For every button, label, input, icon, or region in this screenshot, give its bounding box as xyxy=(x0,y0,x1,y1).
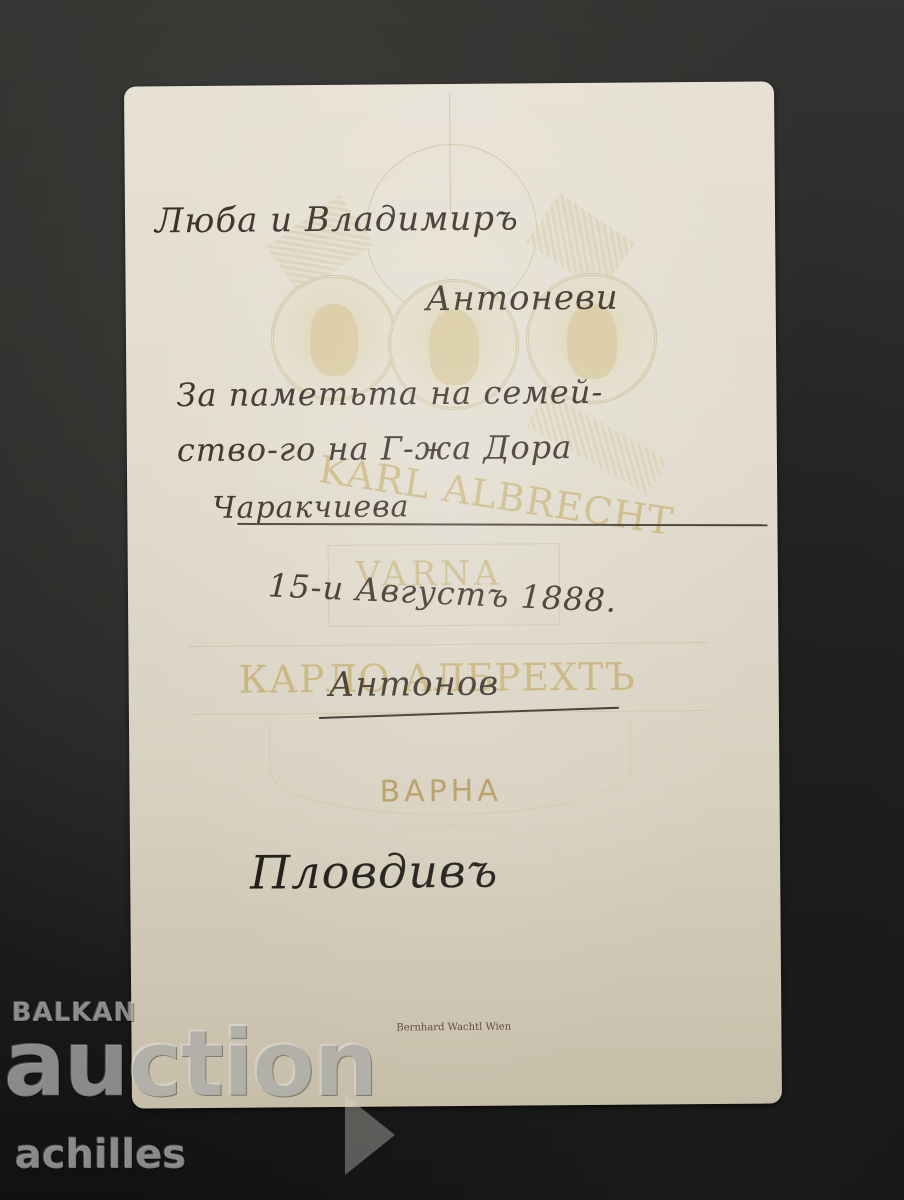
portrait-face xyxy=(566,303,617,378)
medal-portrait-left xyxy=(270,274,397,401)
photo-card-back: KARL ALBRECHT VARNA КАРЛО АЛБРЕХТЪ ВАРНА… xyxy=(124,81,782,1108)
medal-portrait-center xyxy=(388,278,520,410)
city-frame xyxy=(328,543,561,627)
handwriting-line-1: Люба и Владимиръ xyxy=(155,198,519,241)
city-latin: VARNA xyxy=(356,554,503,595)
underline-name xyxy=(237,523,767,526)
watermark-auction: auction xyxy=(4,1010,376,1117)
handwriting-line-5: Чаракчиева xyxy=(212,489,409,526)
brand-rule-bottom xyxy=(189,710,709,715)
handwriting-line-3: За паметьта на семей- xyxy=(176,373,603,414)
ribbon-sash xyxy=(526,391,668,495)
ornament-arch xyxy=(269,723,632,817)
handwriting-line-2: Антоневи xyxy=(426,278,619,320)
handwriting-date: 15-и Августъ 1888. xyxy=(267,566,618,620)
crossed-flag-right xyxy=(526,193,634,293)
signature-underline xyxy=(319,707,619,719)
watermark-achilles: achilles xyxy=(15,1132,186,1178)
crossed-flag-left xyxy=(266,194,374,295)
brand-rule-top xyxy=(188,642,708,647)
city-cyrillic: ВАРНА xyxy=(379,774,502,810)
emblem-top-circle xyxy=(364,143,537,316)
brand-latin: KARL ALBRECHT xyxy=(316,447,676,544)
handwriting-signature: Антонов xyxy=(329,664,500,705)
watermark-play-icon xyxy=(345,1095,395,1175)
ornament-lower xyxy=(330,823,573,946)
medal-portrait-right xyxy=(525,272,657,404)
portrait-face xyxy=(310,304,359,376)
handwriting-line-4: ство-го на Г-жа Дорa xyxy=(177,428,573,469)
printer-stem xyxy=(461,944,463,1024)
handwriting-place: Пловдивъ xyxy=(250,844,499,900)
emblem-vertical-line xyxy=(449,94,451,214)
printer-credit: Bernhard Wachtl Wien xyxy=(396,1022,511,1034)
brand-cyrillic: КАРЛО АЛБРЕХТЪ xyxy=(238,655,635,702)
portrait-face xyxy=(428,309,479,384)
